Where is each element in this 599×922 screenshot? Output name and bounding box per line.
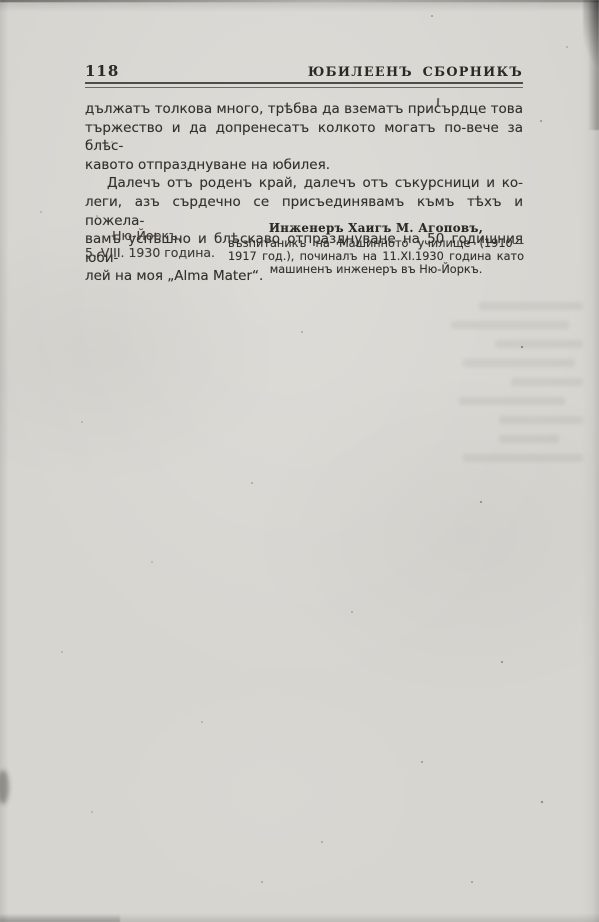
- scanned-book-page: 118 ЮБИЛЕЕНЪ СБОРНИКЪ дължатъ толкова мн…: [0, 0, 599, 922]
- paper-speckles: [0, 0, 599, 922]
